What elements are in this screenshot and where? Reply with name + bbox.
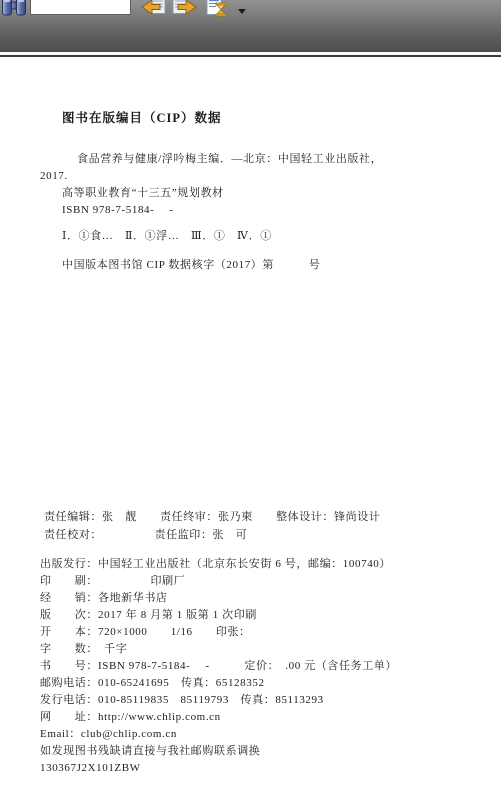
colophon-block: 出版发行：中国轻工业出版社（北京东长安街 6 号，邮编：100740） 印 刷：… — [40, 556, 397, 777]
colophon-line: 书 号：ISBN 978-7-5184- - 定价： .00 元（含任务工单） — [40, 658, 397, 675]
credits-block: 责任编辑：张 靓 责任终审：张乃柬 整体设计：锋尚设计 责任校对： 责任监印：张… — [44, 508, 380, 544]
viewer-window: 图书在版编目（CIP）数据 食品营养与健康/浮吟梅主编．—北京：中国轻工业出版社… — [0, 0, 501, 786]
cip-line: 高等职业教育“十三五”规划教材 — [40, 185, 382, 202]
search-input[interactable] — [30, 0, 131, 15]
history-button[interactable] — [205, 0, 231, 20]
back-arrow-icon — [140, 5, 167, 20]
colophon-line: 版 次：2017 年 8 月第 1 版第 1 次印刷 — [40, 607, 397, 624]
colophon-line: 如发现图书残缺请直接与我社邮购联系调换 — [40, 743, 397, 760]
credits-line: 责任编辑：张 靓 责任终审：张乃柬 整体设计：锋尚设计 — [44, 508, 380, 526]
colophon-line: 经 销：各地新华书店 — [40, 590, 397, 607]
colophon-line: 字 数： 千字 — [40, 641, 397, 658]
cip-header: 图书在版编目（CIP）数据 — [40, 110, 382, 127]
colophon-line: 邮购电话：010-65241695 传真：65128352 — [40, 675, 397, 692]
cip-data-block: 图书在版编目（CIP）数据 食品营养与健康/浮吟梅主编．—北京：中国轻工业出版社… — [40, 110, 382, 274]
toolbar — [0, 0, 501, 52]
colophon-line: 130367J2X101ZBW — [40, 760, 397, 777]
cip-line: ISBN 978-7-5184- - — [40, 202, 382, 219]
binoculars-icon — [2, 5, 26, 20]
colophon-line: 开 本：720×1000 1/16 印张： — [40, 624, 397, 641]
colophon-line: 发行电话：010-85119835 85119793 传真：85113293 — [40, 692, 397, 709]
search-button[interactable] — [2, 0, 26, 20]
chevron-down-icon[interactable] — [238, 9, 246, 14]
next-view-button[interactable] — [171, 0, 198, 20]
forward-arrow-icon — [171, 5, 198, 20]
cip-line: 食品营养与健康/浮吟梅主编．—北京：中国轻工业出版社， — [40, 151, 382, 168]
credits-line: 责任校对： 责任监印：张 可 — [44, 526, 380, 544]
colophon-line: 出版发行：中国轻工业出版社（北京东长安街 6 号，邮编：100740） — [40, 556, 397, 573]
cip-registry: 中国版本图书馆 CIP 数据核字（2017）第 号 — [40, 257, 382, 274]
document-hourglass-icon — [205, 5, 231, 20]
document-page: 图书在版编目（CIP）数据 食品营养与健康/浮吟梅主编．—北京：中国轻工业出版社… — [0, 57, 501, 786]
previous-view-button[interactable] — [140, 0, 167, 20]
colophon-line: Email：club@chlip.com.cn — [40, 726, 397, 743]
cip-classification: Ⅰ．①食… Ⅱ．①浮… Ⅲ．① Ⅳ．① — [40, 228, 382, 245]
cip-line: 2017. — [40, 168, 382, 185]
colophon-line: 印 刷： 印刷厂 — [40, 573, 397, 590]
colophon-line: 网 址：http://www.chlip.com.cn — [40, 709, 397, 726]
